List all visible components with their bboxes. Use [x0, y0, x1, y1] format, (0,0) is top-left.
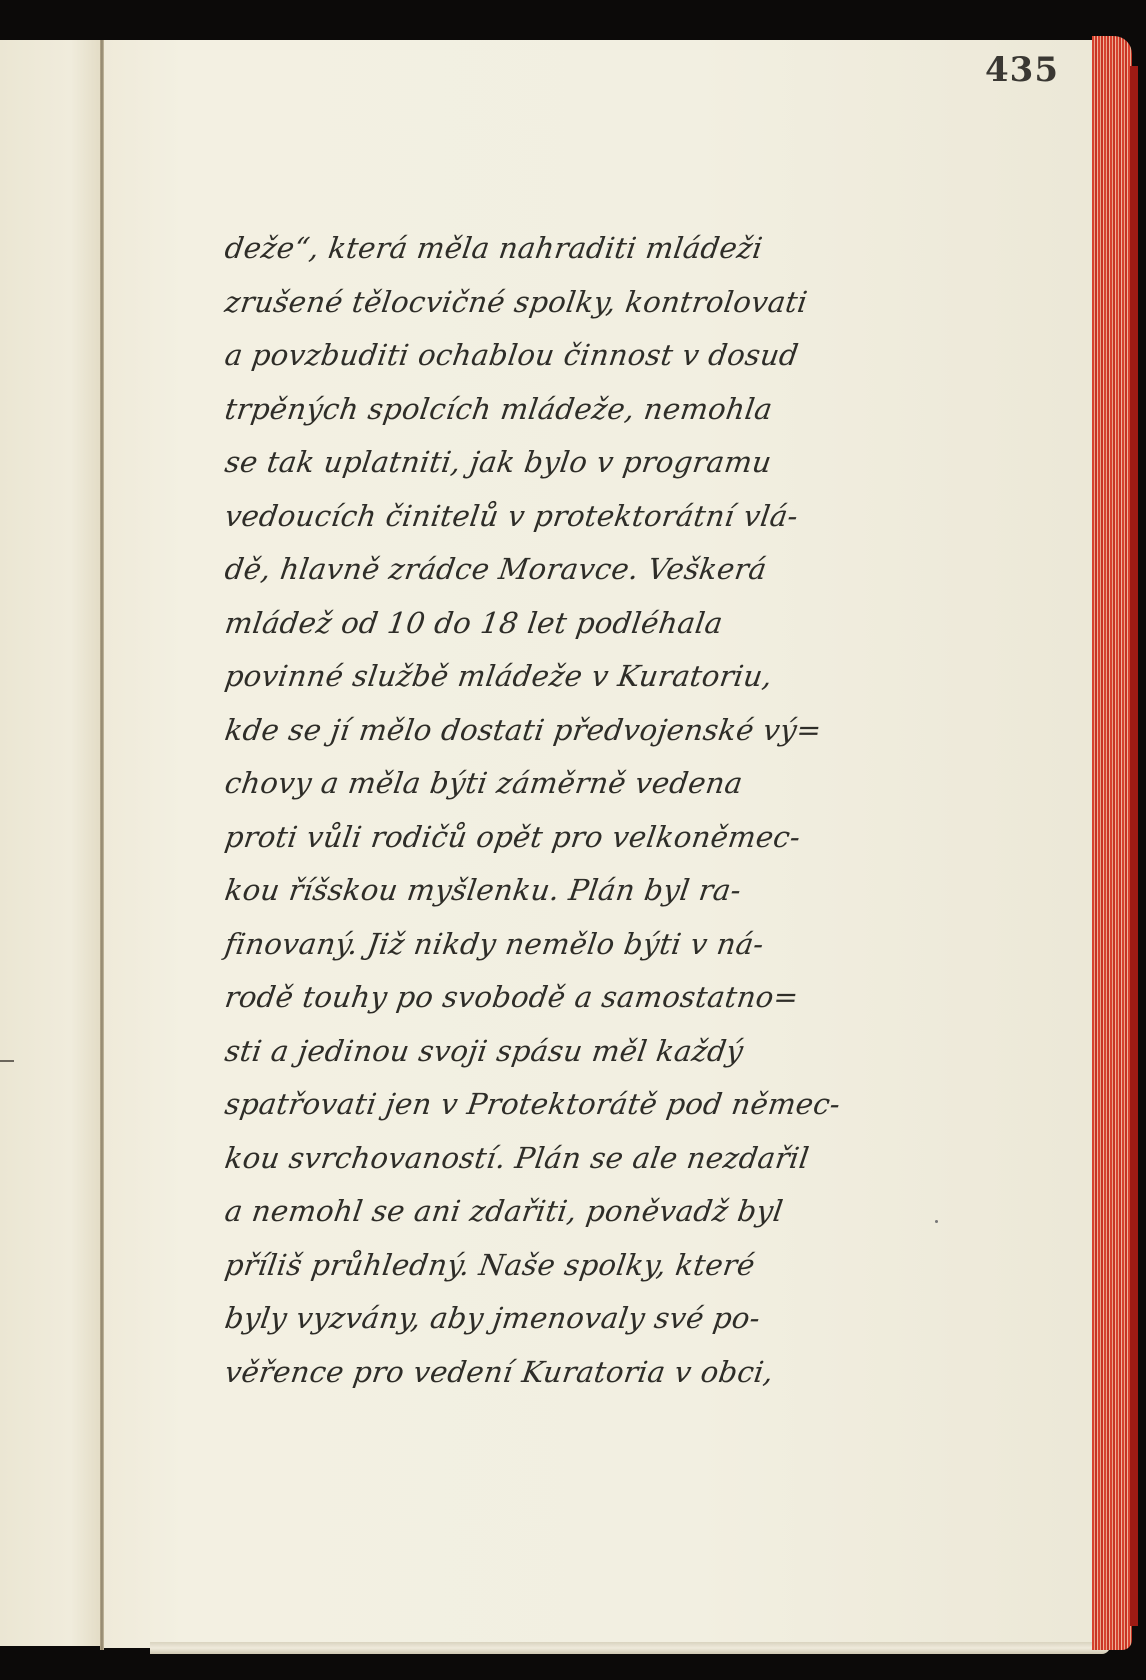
text-line: kou říšskou myšlenku. Plán byl ra-	[221, 864, 869, 918]
text-line: rodě touhy po svobodě a samostatno=	[221, 971, 869, 1025]
book-photo: 435 deže“, která měla nahraditi mládeži …	[0, 0, 1146, 1680]
text-line: sti a jedinou svoji spásu měl každý	[221, 1025, 869, 1079]
page-number: 435	[985, 50, 1059, 90]
page-stack-edge	[150, 1642, 1110, 1654]
text-line: deže“, která měla nahraditi mládeži	[221, 222, 869, 276]
text-line: vedoucích činitelů v protektorátní vlá-	[221, 490, 869, 544]
text-line: kou svrchovaností. Plán se ale nezdařil	[221, 1132, 869, 1186]
text-line: a povzbuditi ochablou činnost v dosud	[221, 329, 869, 383]
text-line: trpěných spolcích mládeže, nemohla	[221, 383, 869, 437]
text-line: dě, hlavně zrádce Moravce. Veškerá	[221, 543, 869, 597]
text-line: chovy a měla býti záměrně vedena	[221, 757, 869, 811]
red-page-edges	[1092, 36, 1132, 1650]
text-line: a nemohl se ani zdařiti, poněvadž byl	[221, 1185, 869, 1239]
text-line: povinné službě mládeže v Kuratoriu,	[221, 650, 869, 704]
text-line: finovaný. Již nikdy nemělo býti v ná-	[221, 918, 869, 972]
margin-mark	[0, 1060, 14, 1062]
text-line: zrušené tělocvičné spolky, kontrolovati	[221, 276, 869, 330]
facing-page-left	[0, 40, 101, 1646]
handwritten-text: deže“, která měla nahraditi mládeži zruš…	[225, 222, 865, 1399]
text-line: věřence pro vedení Kuratoria v obci,	[221, 1346, 869, 1400]
paper-speck	[935, 1220, 938, 1223]
text-line: kde se jí mělo dostati předvojenské vý=	[221, 704, 869, 758]
text-line: mládež od 10 do 18 let podléhala	[221, 597, 869, 651]
text-line: byly vyzvány, aby jmenovaly své po-	[221, 1292, 869, 1346]
text-line: se tak uplatniti, jak bylo v programu	[221, 436, 869, 490]
text-line: spatřovati jen v Protektorátě pod němec-	[221, 1078, 869, 1132]
text-line: proti vůli rodičů opět pro velkoněmec-	[221, 811, 869, 865]
text-line: příliš průhledný. Naše spolky, které	[221, 1239, 869, 1293]
